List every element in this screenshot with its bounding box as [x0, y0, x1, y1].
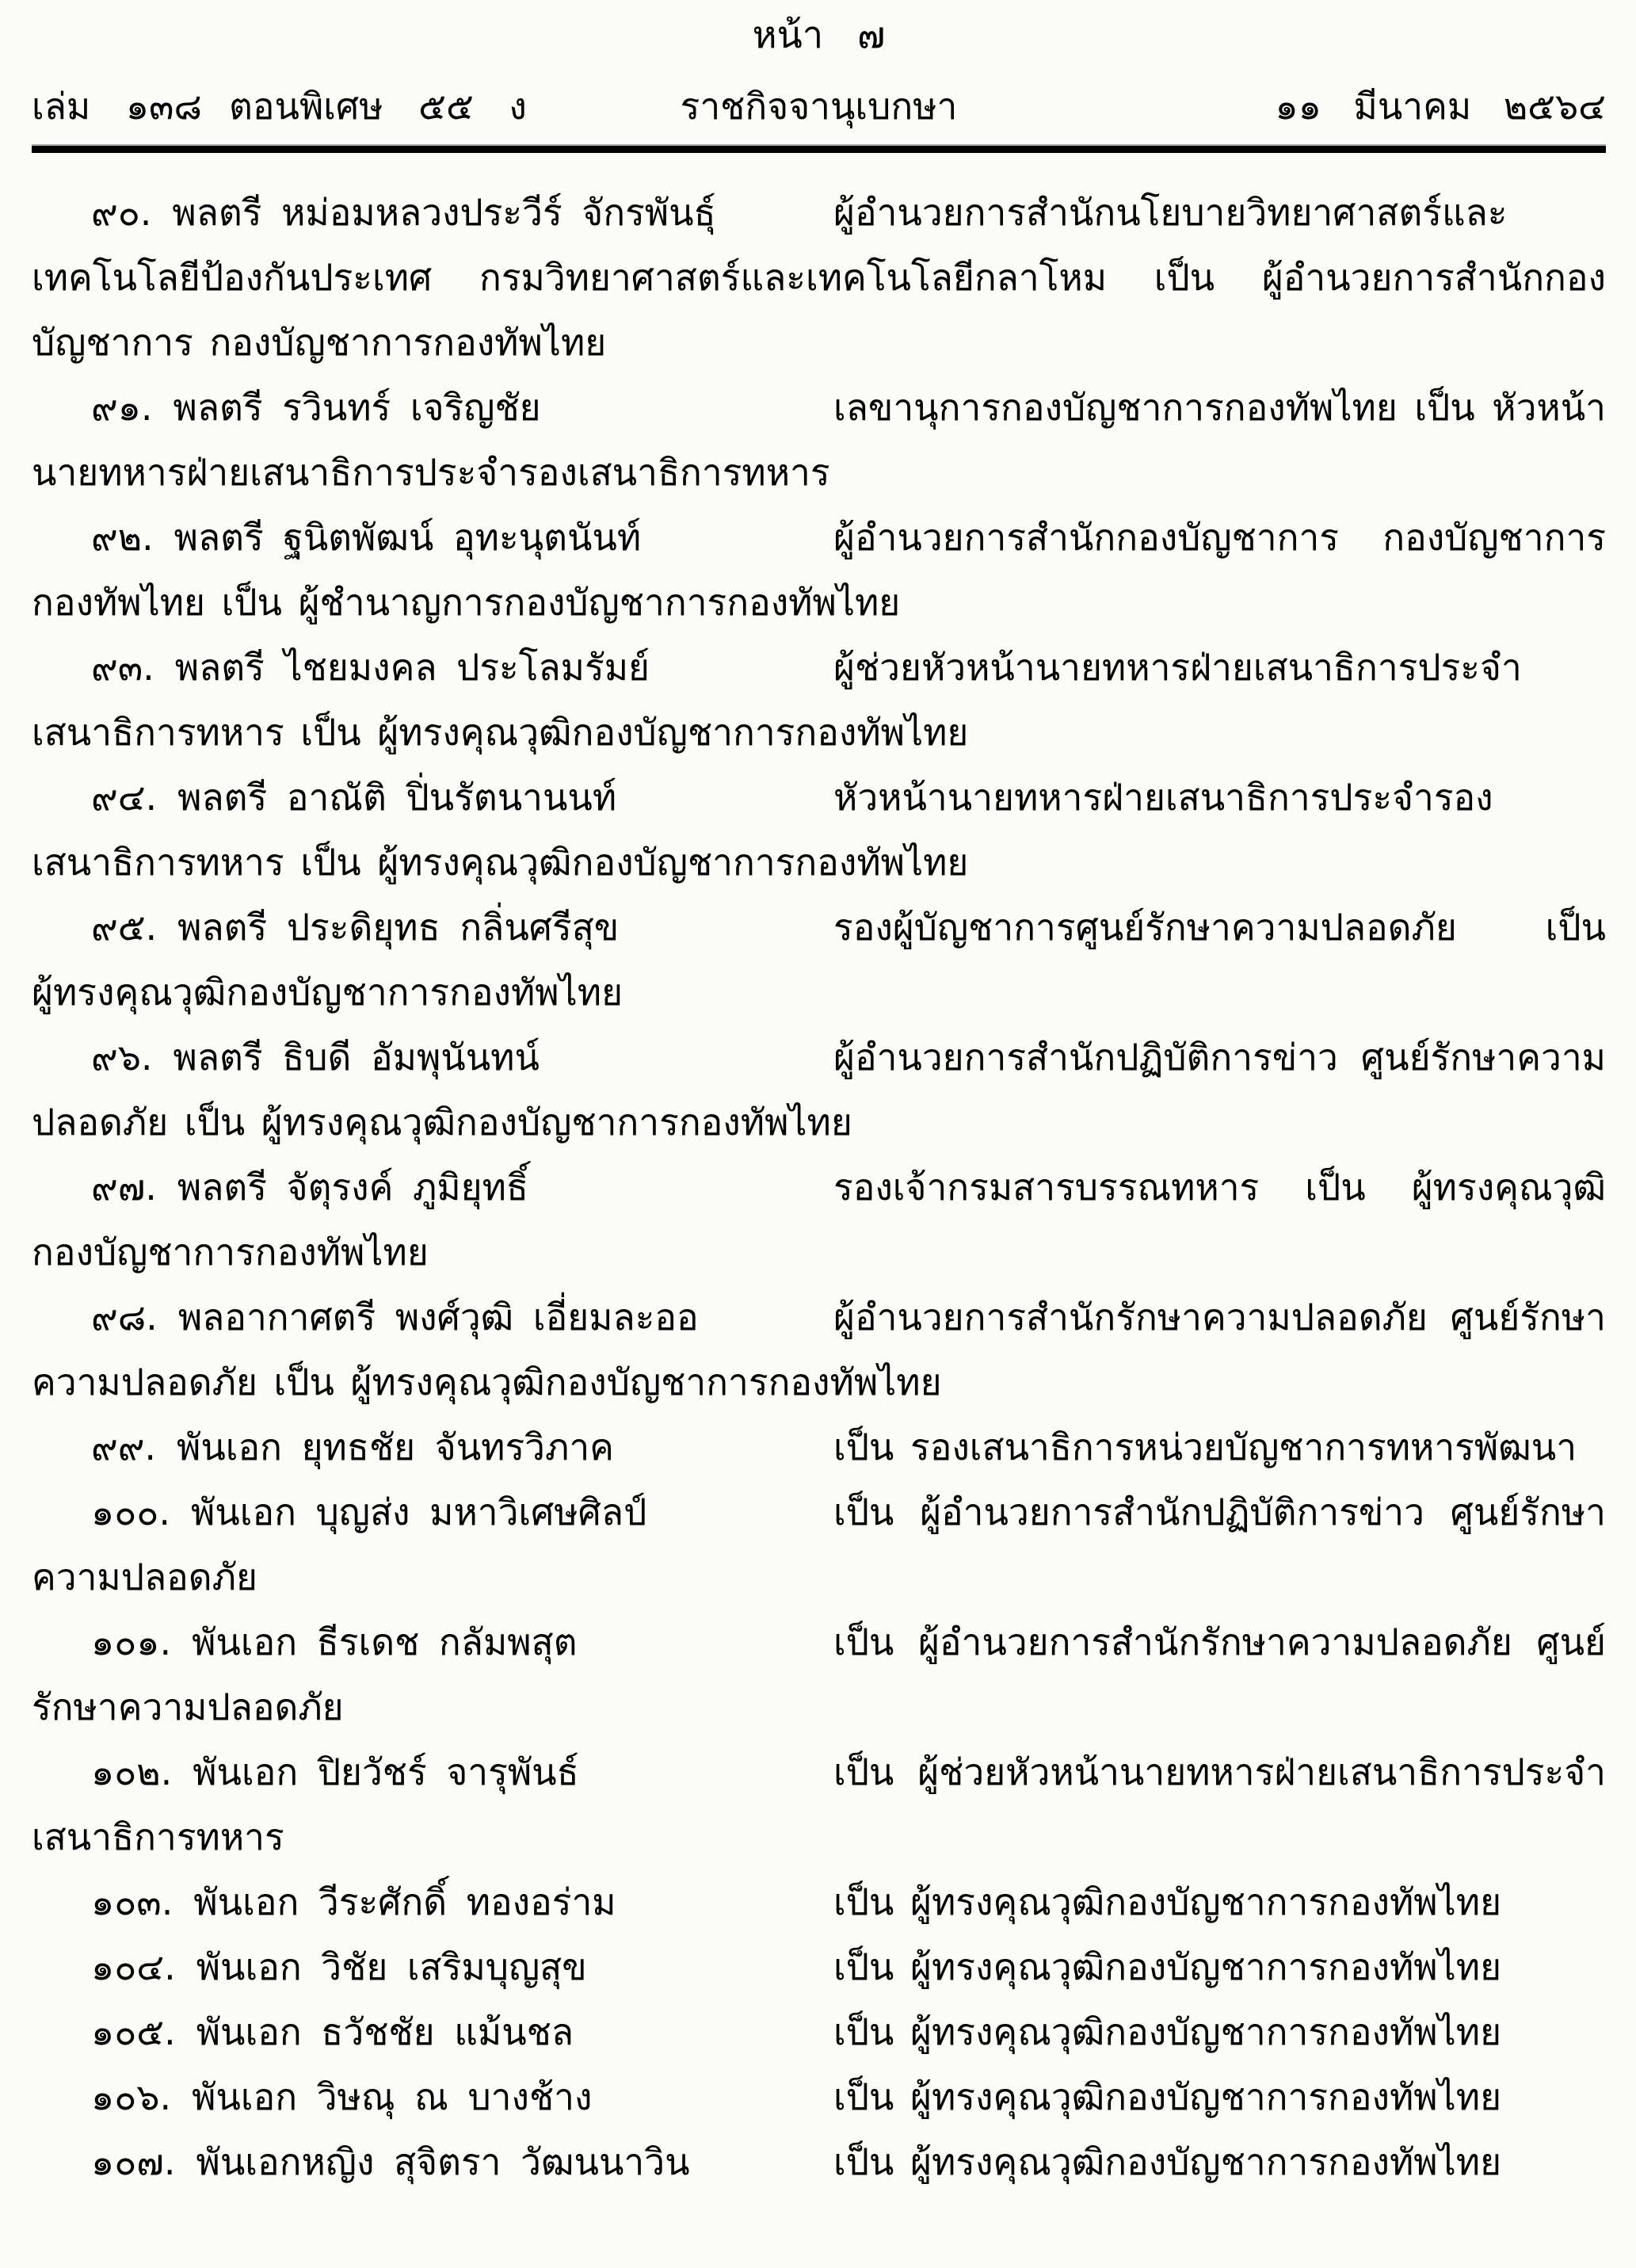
date-label: ๑๑ มีนาคม ๒๕๖๔ — [1276, 84, 1606, 128]
appointment-entry: ๙๔.พลตรี อาณัติ ปิ่นรัตนานนท์หัวหน้านายท… — [32, 765, 1606, 895]
entry-number: ๙๓. — [32, 646, 154, 689]
entry-number: ๙๗. — [32, 1166, 157, 1208]
entry-name: พันเอก ปิยวัชร์ จารุพันธ์ — [193, 1751, 578, 1793]
entry-name-column: ๑๐๑.พันเอก ธีรเดช กลัมพสุต — [32, 1609, 833, 1674]
entry-position: เป็น ผู้ทรงคุณวุฒิกองบัญชาการกองทัพไทย — [833, 2075, 1501, 2118]
entry-name-column: ๑๐๔.พันเอก วิชัย เสริมบุญสุข — [32, 1934, 833, 1999]
entry-number: ๙๕. — [32, 906, 157, 949]
entry-name-column: ๑๐๕.พันเอก ธวัชชัย แม้นชล — [32, 1999, 833, 2064]
entry-name-column: ๑๐๐.พันเอก บุญส่ง มหาวิเศษศิลป์ — [32, 1480, 833, 1544]
appointment-entry: ๑๐๑.พันเอก ธีรเดช กลัมพสุตเป็น ผู้อำนวยก… — [32, 1609, 1606, 1739]
entry-number: ๑๐๓. — [32, 1880, 173, 1923]
entry-name-column: ๙๖.พลตรี ธิบดี อัมพุนันทน์ — [32, 1025, 833, 1090]
entry-position: เป็น ผู้ทรงคุณวุฒิกองบัญชาการกองทัพไทย — [833, 2140, 1501, 2183]
appointment-entry: ๙๐.พลตรี หม่อมหลวงประวีร์ จักรพันธุ์ผู้อ… — [32, 180, 1606, 375]
entry-name: พลตรี อาณัติ ปิ่นรัตนานนท์ — [177, 776, 616, 819]
entry-number: ๑๐๒. — [32, 1751, 172, 1793]
appointment-entry: ๑๐๓.พันเอก วีระศักดิ์ ทองอร่ามเป็น ผู้ทร… — [32, 1869, 1606, 1934]
appointment-entry: ๙๘.พลอากาศตรี พงศ์วุฒิ เอี่ยมละออผู้อำนว… — [32, 1285, 1606, 1415]
entry-position: เป็น ผู้ทรงคุณวุฒิกองบัญชาการกองทัพไทย — [833, 1945, 1501, 1988]
entry-number: ๑๐๐. — [32, 1491, 170, 1533]
entry-position: เป็น ผู้ทรงคุณวุฒิกองบัญชาการกองทัพไทย — [833, 1880, 1501, 1923]
entry-name-column: ๑๐๒.พันเอก ปิยวัชร์ จารุพันธ์ — [32, 1739, 833, 1804]
entry-number: ๑๐๑. — [32, 1621, 171, 1663]
entry-name-column: ๑๐๖.พันเอก วิษณุ ณ บางช้าง — [32, 2064, 833, 2129]
gazette-masthead: เล่ม ๑๓๘ตอนพิเศษ ๕๕ ง ราชกิจจานุเบกษา ๑๑… — [32, 84, 1606, 128]
appointment-entry: ๑๐๔.พันเอก วิชัย เสริมบุญสุขเป็น ผู้ทรงค… — [32, 1934, 1606, 1999]
entry-name-column: ๙๑.พลตรี รวินทร์ เจริญชัย — [32, 375, 833, 440]
appointment-entry: ๙๕.พลตรี ประดิยุทธ กลิ่นศรีสุขรองผู้บัญช… — [32, 895, 1606, 1025]
entry-position: เป็น ผู้ทรงคุณวุฒิกองบัญชาการกองทัพไทย — [833, 2010, 1501, 2053]
entry-name: พันเอก วิชัย เสริมบุญสุข — [196, 1945, 587, 1988]
entry-name: พันเอก วิษณุ ณ บางช้าง — [192, 2075, 592, 2118]
entry-name: พลตรี รวินทร์ เจริญชัย — [174, 386, 541, 429]
entry-number: ๙๘. — [32, 1296, 158, 1338]
appointments-list: ๙๐.พลตรี หม่อมหลวงประวีร์ จักรพันธุ์ผู้อ… — [32, 180, 1606, 2194]
entry-name: พันเอก ธวัชชัย แม้นชล — [196, 2010, 574, 2053]
entry-number: ๙๖. — [32, 1036, 153, 1079]
appointment-entry: ๑๐๕.พันเอก ธวัชชัย แม้นชลเป็น ผู้ทรงคุณว… — [32, 1999, 1606, 2064]
entry-number: ๙๔. — [32, 776, 157, 819]
entry-name-column: ๙๐.พลตรี หม่อมหลวงประวีร์ จักรพันธุ์ — [32, 180, 833, 245]
entry-name-column: ๙๔.พลตรี อาณัติ ปิ่นรัตนานนท์ — [32, 765, 833, 830]
entry-name: พลตรี หม่อมหลวงประวีร์ จักรพันธุ์ — [172, 191, 715, 234]
entry-name-column: ๙๗.พลตรี จัตุรงค์ ภูมิยุทธิ์ — [32, 1155, 833, 1220]
appointment-entry: ๙๙.พันเอก ยุทธชัย จันทรวิภาคเป็น รองเสนา… — [32, 1415, 1606, 1480]
entry-name: พันเอกหญิง สุจิตรา วัฒนนาวิน — [196, 2140, 690, 2183]
entry-number: ๙๑. — [32, 386, 153, 429]
entry-number: ๙๐. — [32, 191, 151, 234]
entry-name: พันเอก บุญส่ง มหาวิเศษศิลป์ — [191, 1491, 646, 1533]
entry-number: ๙๒. — [32, 516, 154, 559]
entry-name: พลอากาศตรี พงศ์วุฒิ เอี่ยมละออ — [178, 1296, 699, 1338]
entry-name-column: ๙๕.พลตรี ประดิยุทธ กลิ่นศรีสุข — [32, 895, 833, 960]
gazette-title: ราชกิจจานุเบกษา — [681, 84, 958, 128]
entry-name-column: ๑๐๗.พันเอกหญิง สุจิตรา วัฒนนาวิน — [32, 2129, 833, 2194]
entry-name: พันเอก ธีรเดช กลัมพสุต — [192, 1621, 577, 1663]
entry-name-column: ๙๓.พลตรี ไชยมงคล ประโลมรัมย์ — [32, 635, 833, 700]
appointment-entry: ๑๐๗.พันเอกหญิง สุจิตรา วัฒนนาวินเป็น ผู้… — [32, 2129, 1606, 2194]
header-rule — [32, 144, 1606, 153]
appointment-entry: ๙๑.พลตรี รวินทร์ เจริญชัยเลขานุการกองบัญ… — [32, 375, 1606, 505]
appointment-entry: ๙๒.พลตรี ฐนิตพัฒน์ อุทะนุตนันท์ผู้อำนวยก… — [32, 505, 1606, 635]
entry-name: พลตรี ประดิยุทธ กลิ่นศรีสุข — [177, 906, 619, 949]
gazette-page: หน้า ๗ เล่ม ๑๓๘ตอนพิเศษ ๕๕ ง ราชกิจจานุเ… — [0, 0, 1636, 2268]
entry-name: พันเอก ยุทธชัย จันทรวิภาค — [177, 1426, 614, 1468]
issue-label: ตอนพิเศษ ๕๕ ง — [229, 85, 527, 128]
entry-name: พลตรี ไชยมงคล ประโลมรัมย์ — [175, 646, 650, 689]
entry-number: ๑๐๖. — [32, 2075, 171, 2118]
appointment-entry: ๑๐๒.พันเอก ปิยวัชร์ จารุพันธ์เป็น ผู้ช่ว… — [32, 1739, 1606, 1869]
entry-name-column: ๙๘.พลอากาศตรี พงศ์วุฒิ เอี่ยมละออ — [32, 1285, 833, 1350]
volume-label: เล่ม ๑๓๘ — [32, 85, 202, 128]
entry-name: พลตรี จัตุรงค์ ภูมิยุทธิ์ — [177, 1166, 528, 1208]
appointment-entry: ๙๓.พลตรี ไชยมงคล ประโลมรัมย์ผู้ช่วยหัวหน… — [32, 635, 1606, 765]
entry-name: พลตรี ธิบดี อัมพุนันทน์ — [174, 1036, 540, 1079]
entry-number: ๙๙. — [32, 1426, 156, 1468]
entry-number: ๑๐๕. — [32, 2010, 176, 2053]
appointment-entry: ๑๐๖.พันเอก วิษณุ ณ บางช้างเป็น ผู้ทรงคุณ… — [32, 2064, 1606, 2129]
page-number-label: หน้า ๗ — [32, 13, 1606, 59]
entry-name: พันเอก วีระศักดิ์ ทองอร่าม — [193, 1880, 616, 1923]
entry-position: เป็น รองเสนาธิการหน่วยบัญชาการทหารพัฒนา — [833, 1426, 1577, 1468]
entry-name-column: ๙๙.พันเอก ยุทธชัย จันทรวิภาค — [32, 1415, 833, 1480]
entry-name: พลตรี ฐนิตพัฒน์ อุทะนุตนันท์ — [174, 516, 642, 559]
appointment-entry: ๙๖.พลตรี ธิบดี อัมพุนันทน์ผู้อำนวยการสำน… — [32, 1025, 1606, 1155]
entry-name-column: ๑๐๓.พันเอก วีระศักดิ์ ทองอร่าม — [32, 1869, 833, 1934]
appointment-entry: ๑๐๐.พันเอก บุญส่ง มหาวิเศษศิลป์เป็น ผู้อ… — [32, 1480, 1606, 1609]
appointment-entry: ๙๗.พลตรี จัตุรงค์ ภูมิยุทธิ์รองเจ้ากรมสา… — [32, 1155, 1606, 1285]
entry-number: ๑๐๗. — [32, 2140, 176, 2183]
entry-number: ๑๐๔. — [32, 1945, 176, 1988]
entry-name-column: ๙๒.พลตรี ฐนิตพัฒน์ อุทะนุตนันท์ — [32, 505, 833, 570]
masthead-volume-issue: เล่ม ๑๓๘ตอนพิเศษ ๕๕ ง — [32, 84, 527, 128]
